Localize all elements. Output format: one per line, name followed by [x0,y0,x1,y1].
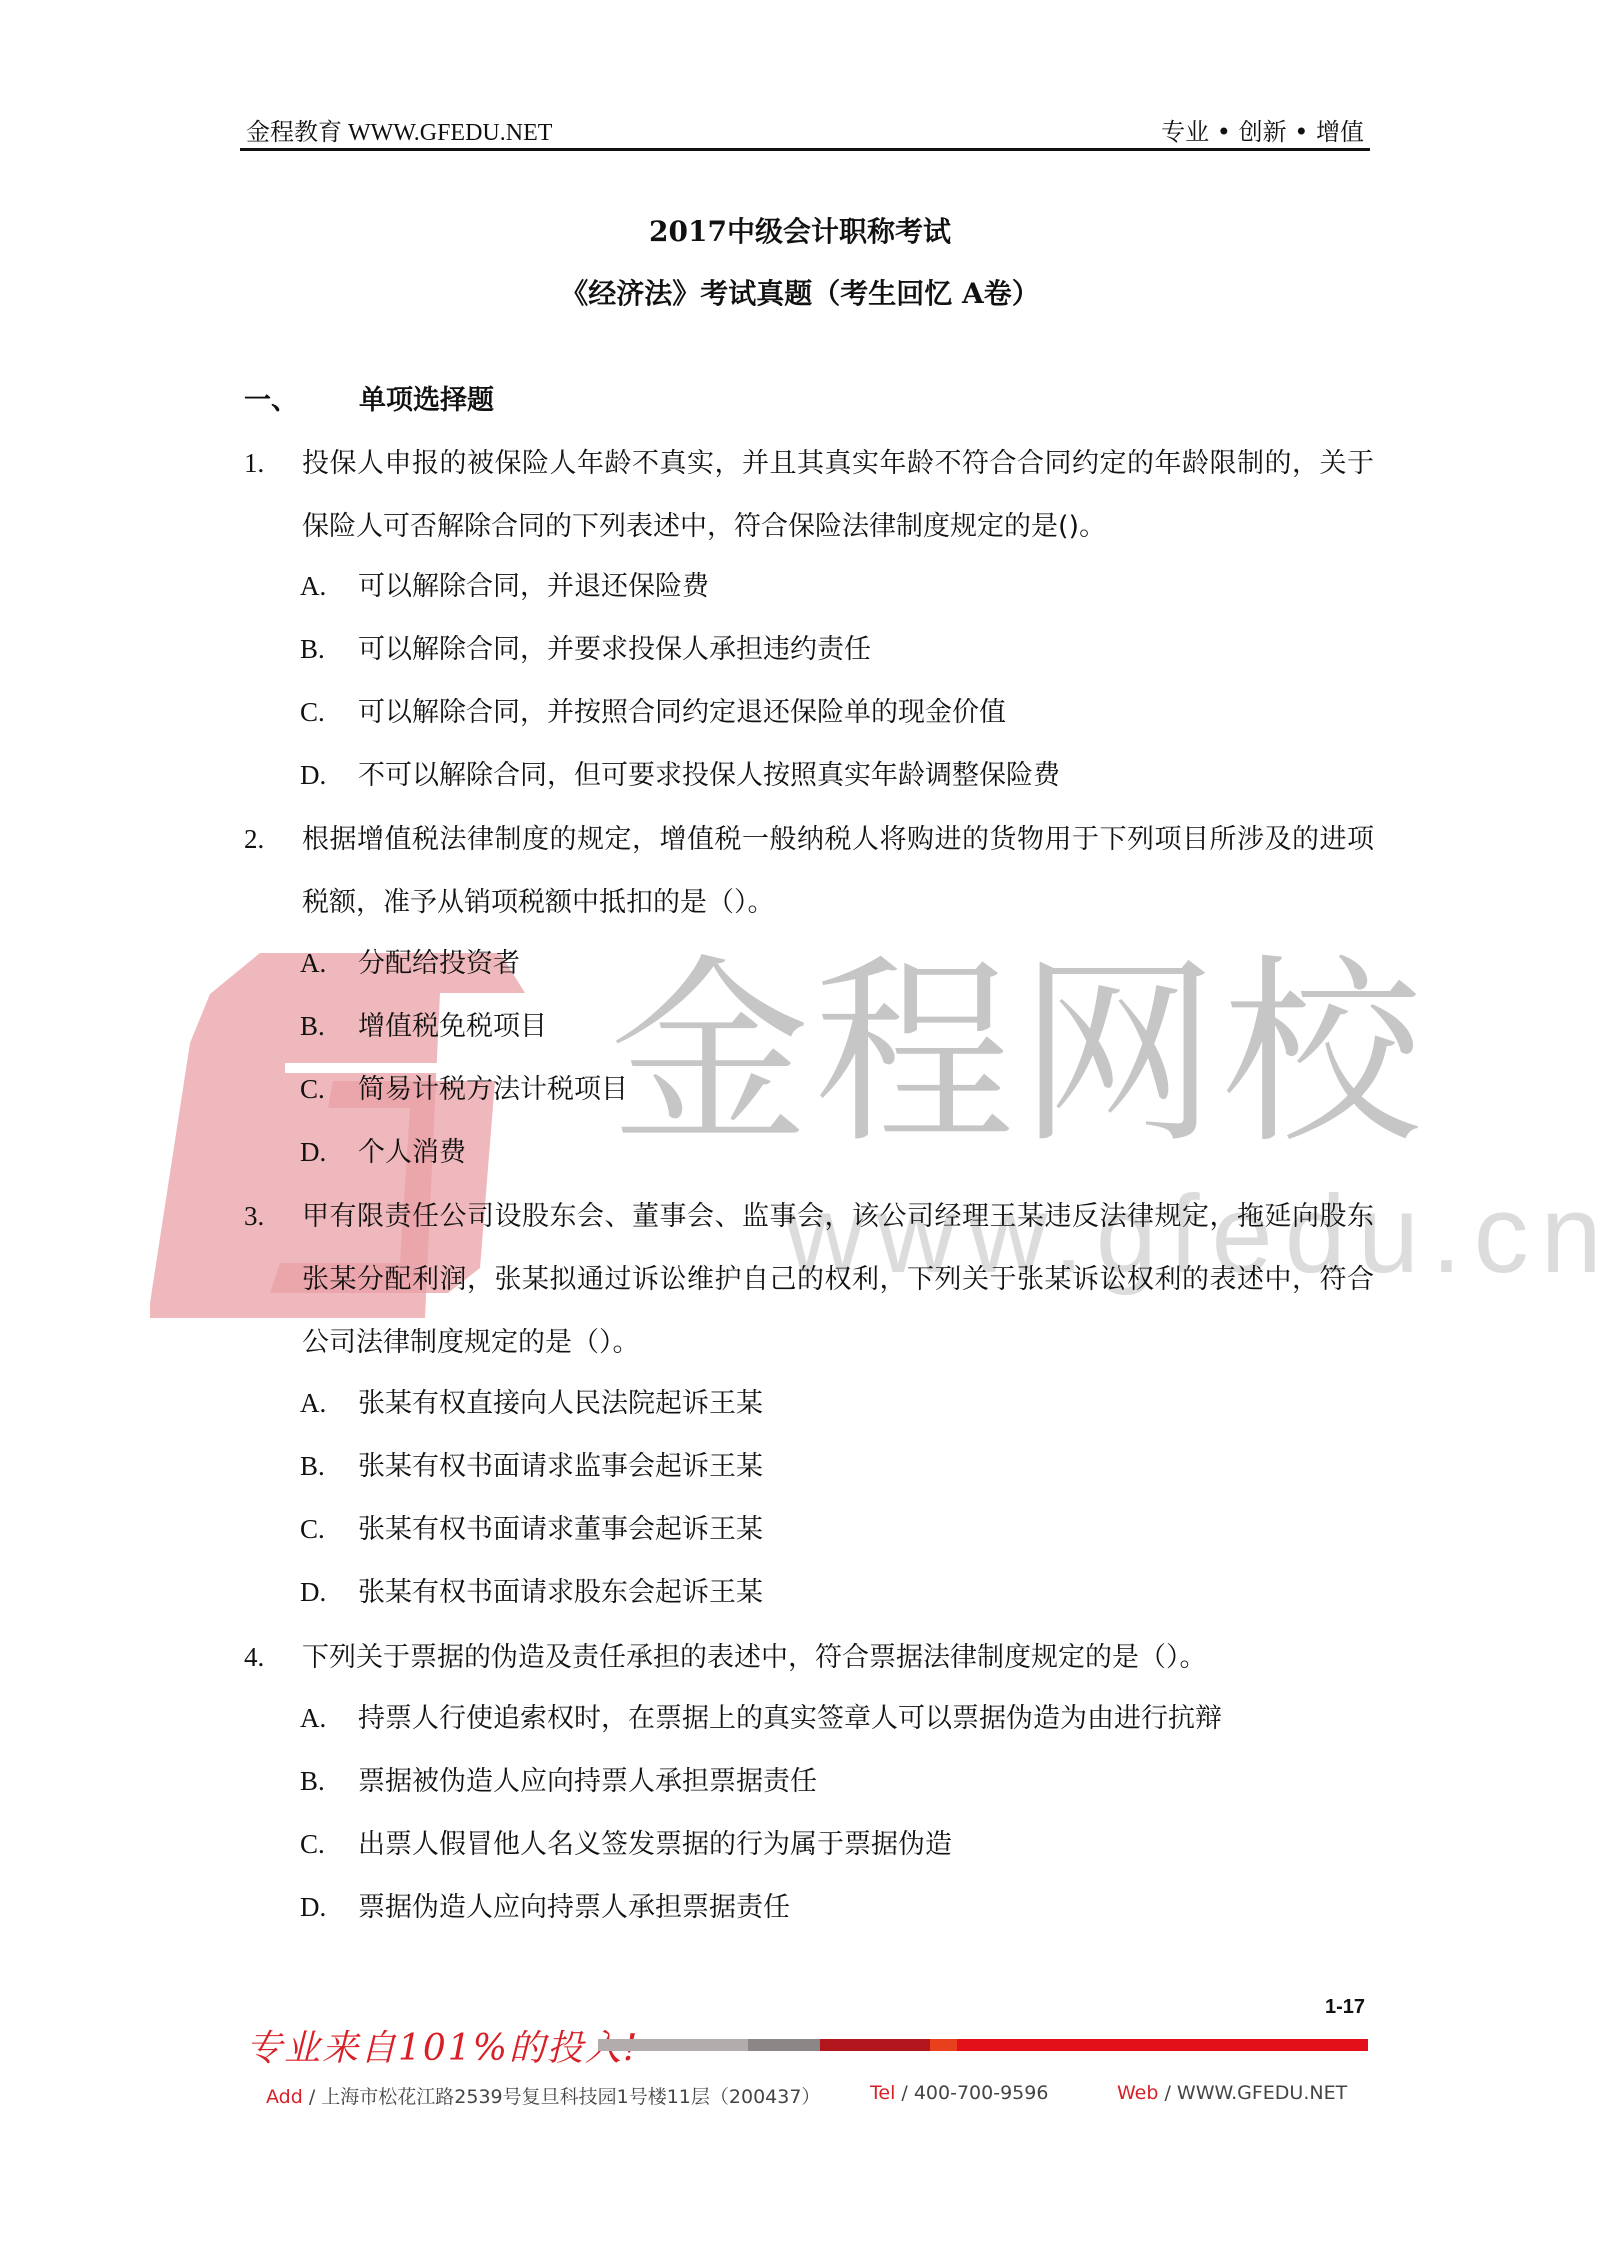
question-number: 3. [244,1185,300,1248]
option-letter: C. [300,1509,358,1549]
web-label: Web [1117,2082,1158,2104]
tel-label: Tel [870,2082,895,2104]
question-1: 1. 投保人申报的被保险人年龄不真实，并且其真实年龄不符合合同约定的年龄限制的，… [244,432,1374,558]
question-text: 投保人申报的被保险人年龄不真实，并且其真实年龄不符合合同约定的年龄限制的，关于保… [302,432,1374,558]
option-letter: D. [300,1887,358,1927]
question-2: 2. 根据增值税法律制度的规定，增值税一般纳税人将购进的货物用于下列项目所涉及的… [244,808,1374,934]
question-number: 2. [244,808,300,871]
option-letter: D. [300,755,358,795]
footer-bar-segment-4 [930,2039,957,2051]
option-4c: C.出票人假冒他人名义签发票据的行为属于票据伪造 [300,1824,952,1865]
page-number: 1-17 [1325,1996,1365,2019]
option-text: 张某有权书面请求监事会起诉王某 [358,1451,763,1482]
option-text: 不可以解除合同，但可要求投保人按照真实年龄调整保险费 [358,760,1060,791]
tel-value: 400-700-9596 [914,2082,1049,2104]
option-2c: C.简易计税方法计税项目 [300,1069,628,1110]
option-letter: D. [300,1132,358,1172]
question-4: 4. 下列关于票据的伪造及责任承担的表述中，符合票据法律制度规定的是（）。 [244,1626,1374,1689]
option-4d: D.票据伪造人应向持票人承担票据责任 [300,1887,790,1928]
option-text: 票据伪造人应向持票人承担票据责任 [358,1892,790,1923]
address-value: 上海市松花江路2539号复旦科技园1号楼11层（200437） [321,2086,820,2108]
page-title: 2017中级会计职称考试 [0,210,1600,250]
option-text: 分配给投资者 [358,948,520,979]
option-text: 个人消费 [358,1137,466,1168]
option-3a: A.张某有权直接向人民法院起诉王某 [300,1383,763,1424]
footer-bar-segment-5 [957,2039,1368,2051]
section-heading: 一、单项选择题 [244,378,494,417]
option-letter: C. [300,1824,358,1864]
section-number: 一、 [244,378,359,417]
question-text: 根据增值税法律制度的规定，增值税一般纳税人将购进的货物用于下列项目所涉及的进项税… [302,808,1374,934]
option-text: 出票人假冒他人名义签发票据的行为属于票据伪造 [358,1829,952,1860]
option-text: 可以解除合同，并按照合同约定退还保险单的现金价值 [358,697,1006,728]
option-text: 持票人行使追索权时，在票据上的真实签章人可以票据伪造为由进行抗辩 [358,1703,1222,1734]
option-text: 张某有权书面请求股东会起诉王某 [358,1577,763,1608]
option-text: 可以解除合同，并要求投保人承担违约责任 [358,634,871,665]
option-text: 张某有权直接向人民法院起诉王某 [358,1388,763,1419]
option-text: 可以解除合同，并退还保险费 [358,571,709,602]
option-3d: D.张某有权书面请求股东会起诉王某 [300,1572,763,1613]
watermark-text: 金程网校 [610,955,1426,1155]
page-subtitle: 《经济法》考试真题（考生回忆 A卷） [0,272,1600,312]
option-text: 简易计税方法计税项目 [358,1074,628,1105]
footer-bar-segment-1 [598,2039,748,2051]
option-letter: A. [300,943,358,983]
option-2b: B.增值税免税项目 [300,1006,547,1047]
section-label: 单项选择题 [359,385,494,416]
question-text: 甲有限责任公司设股东会、董事会、监事会，该公司经理王某违反法律规定，拖延向股东张… [302,1185,1374,1374]
footer-bar-segment-2 [748,2039,820,2051]
option-4a: A.持票人行使追索权时，在票据上的真实签章人可以票据伪造为由进行抗辩 [300,1698,1222,1739]
option-3b: B.张某有权书面请求监事会起诉王某 [300,1446,763,1487]
option-2d: D.个人消费 [300,1132,466,1173]
footer-slogan: 专业来自101%的投入! [246,2020,639,2071]
option-1d: D.不可以解除合同，但可要求投保人按照真实年龄调整保险费 [300,755,1060,796]
option-letter: B. [300,629,358,669]
header-divider [240,148,1370,151]
option-1a: A.可以解除合同，并退还保险费 [300,566,709,607]
option-letter: C. [300,1069,358,1109]
option-1c: C.可以解除合同，并按照合同约定退还保险单的现金价值 [300,692,1006,733]
option-letter: A. [300,1698,358,1738]
header-brand: 金程教育 WWW.GFEDU.NET [246,112,552,147]
option-letter: C. [300,692,358,732]
option-4b: B.票据被伪造人应向持票人承担票据责任 [300,1761,817,1802]
option-1b: B.可以解除合同，并要求投保人承担违约责任 [300,629,871,670]
option-letter: D. [300,1572,358,1612]
page-header: 金程教育 WWW.GFEDU.NET 专业 • 创新 • 增值 [240,112,1370,152]
option-letter: A. [300,1383,358,1423]
header-tagline: 专业 • 创新 • 增值 [1161,112,1364,147]
address-label: Add [266,2086,303,2108]
footer-tel: Tel / 400-700-9596 [870,2082,1048,2104]
option-letter: B. [300,1761,358,1801]
question-number: 4. [244,1626,300,1689]
question-number: 1. [244,432,300,495]
option-3c: C.张某有权书面请求董事会起诉王某 [300,1509,763,1550]
option-text: 票据被伪造人应向持票人承担票据责任 [358,1766,817,1797]
footer-bar-segment-3 [820,2039,930,2051]
option-letter: B. [300,1006,358,1046]
option-text: 增值税免税项目 [358,1011,547,1042]
question-3: 3. 甲有限责任公司设股东会、董事会、监事会，该公司经理王某违反法律规定，拖延向… [244,1185,1374,1374]
option-2a: A.分配给投资者 [300,943,520,984]
question-text: 下列关于票据的伪造及责任承担的表述中，符合票据法律制度规定的是（）。 [302,1626,1374,1689]
option-text: 张某有权书面请求董事会起诉王某 [358,1514,763,1545]
footer-address: Add / 上海市松花江路2539号复旦科技园1号楼11层（200437） [266,2082,820,2109]
footer-web: Web / WWW.GFEDU.NET [1117,2082,1347,2104]
option-letter: B. [300,1446,358,1486]
web-value: WWW.GFEDU.NET [1177,2082,1347,2104]
option-letter: A. [300,566,358,606]
